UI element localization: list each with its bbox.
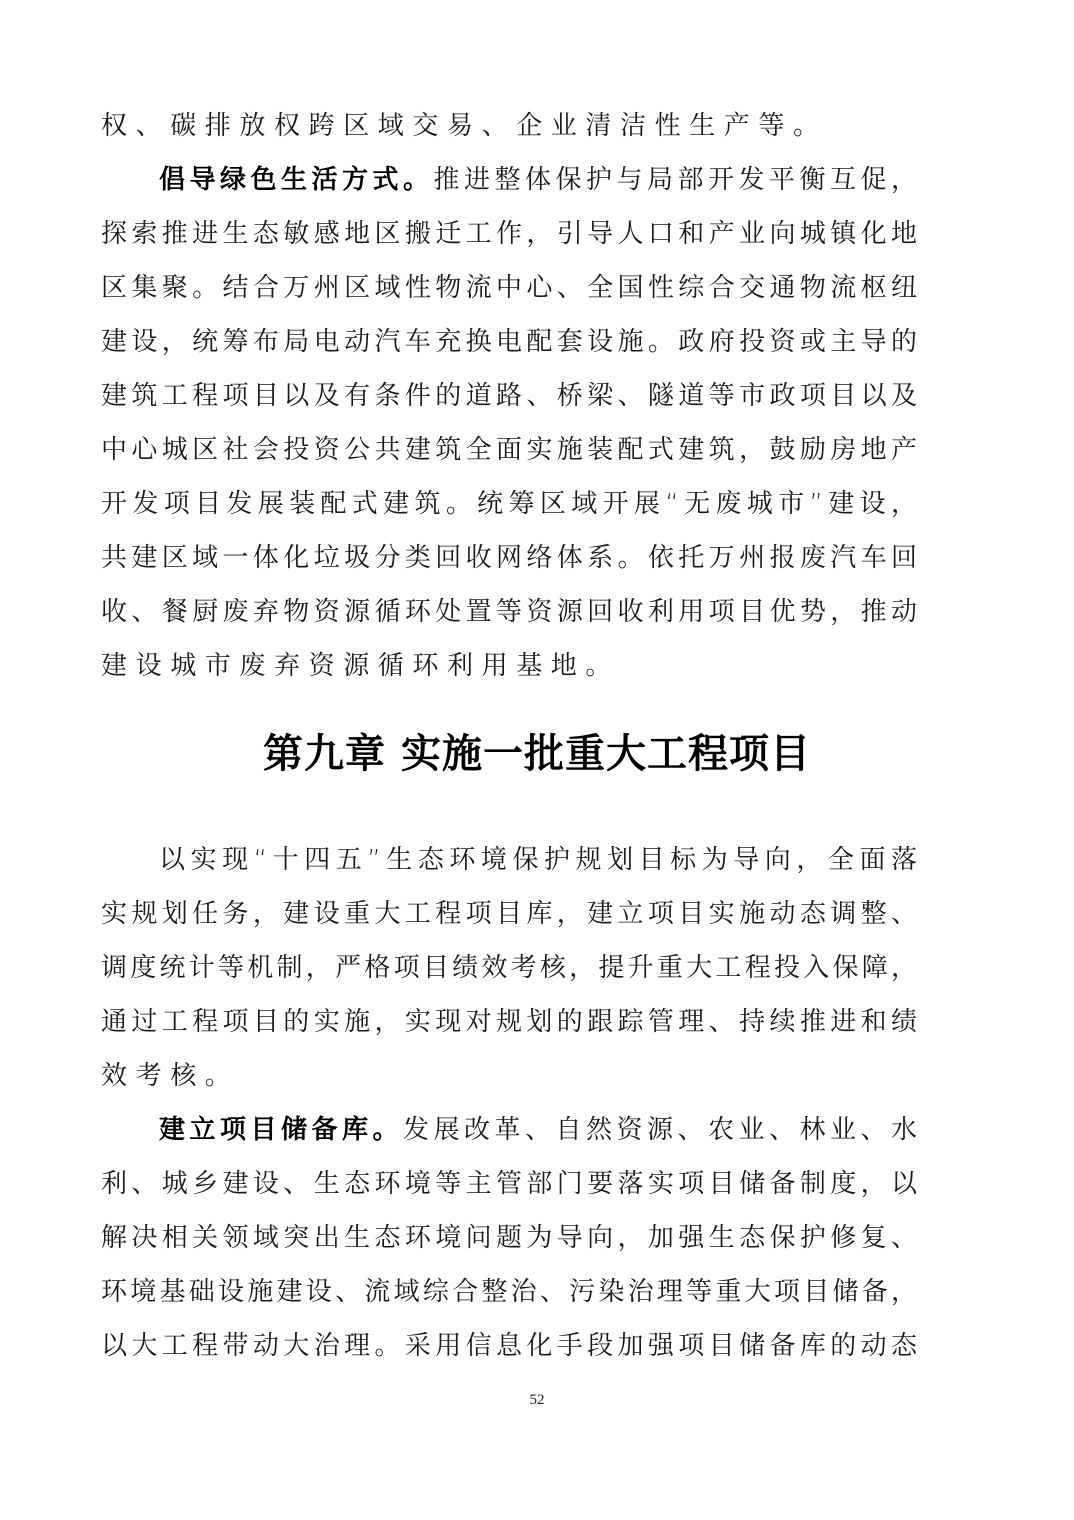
paragraph-first-line: 建立项目储备库。发展改革、自然资源、农业、林业、水 bbox=[159, 1110, 917, 1150]
paragraph-line: 探索推进生态敏感地区搬迁工作，引导人口和产业向城镇化地 bbox=[101, 214, 917, 254]
chapter-title: 第九章 实施一批重大工程项目 bbox=[0, 726, 1074, 782]
paragraph-line: 建设，统筹布局电动汽车充换电配套设施。政府投资或主导的 bbox=[101, 322, 917, 362]
paragraph-line: 调度统计等机制，严格项目绩效考核，提升重大工程投入保障， bbox=[101, 948, 917, 988]
paragraph-line: 以大工程带动大治理。采用信息化手段加强项目储备库的动态 bbox=[101, 1326, 917, 1366]
paragraph-first-line: 倡导绿色生活方式。推进整体保护与局部开发平衡互促， bbox=[159, 160, 917, 200]
paragraph-line: 利、城乡建设、生态环境等主管部门要落实项目储备制度，以 bbox=[101, 1164, 917, 1204]
paragraph-line: 区集聚。结合万州区域性物流中心、全国性综合交通物流枢纽 bbox=[101, 268, 917, 308]
paragraph-line: 权、碳排放权跨区域交易、企业清洁性生产等。 bbox=[101, 106, 917, 146]
paragraph-line: 中心城区社会投资公共建筑全面实施装配式建筑，鼓励房地产 bbox=[101, 430, 917, 470]
page-number: 52 bbox=[0, 1392, 1074, 1409]
paragraph-line: 建设城市废弃资源循环利用基地。 bbox=[101, 646, 917, 686]
paragraph-line: 建筑工程项目以及有条件的道路、桥梁、隧道等市政项目以及 bbox=[101, 376, 917, 416]
paragraph-text: 发展改革、自然资源、农业、林业、水 bbox=[403, 1115, 917, 1145]
paragraph-line: 收、餐厨废弃物资源循环处置等资源回收利用项目优势，推动 bbox=[101, 592, 917, 632]
paragraph-line: 共建区域一体化垃圾分类回收网络体系。依托万州报废汽车回 bbox=[101, 538, 917, 578]
document-page: 权、碳排放权跨区域交易、企业清洁性生产等。 倡导绿色生活方式。推进整体保护与局部… bbox=[0, 0, 1074, 1520]
paragraph-line: 实规划任务，建设重大工程项目库，建立项目实施动态调整、 bbox=[101, 894, 917, 934]
paragraph-line: 开发项目发展装配式建筑。统筹区域开展“无废城市”建设， bbox=[101, 484, 917, 524]
paragraph-line: 解决相关领域突出生态环境问题为导向，加强生态保护修复、 bbox=[101, 1218, 917, 1258]
paragraph-text: 推进整体保护与局部开发平衡互促， bbox=[434, 165, 917, 195]
paragraph-lead-heading: 倡导绿色生活方式。 bbox=[159, 165, 434, 195]
paragraph-first-line: 以实现“十四五”生态环境保护规划目标为导向，全面落 bbox=[159, 840, 917, 880]
paragraph-line: 环境基础设施建设、流域综合整治、污染治理等重大项目储备， bbox=[101, 1272, 917, 1312]
paragraph-lead-heading: 建立项目储备库。 bbox=[159, 1115, 403, 1145]
paragraph-line: 通过工程项目的实施，实现对规划的跟踪管理、持续推进和绩 bbox=[101, 1002, 917, 1042]
paragraph-line: 效考核。 bbox=[101, 1056, 917, 1096]
